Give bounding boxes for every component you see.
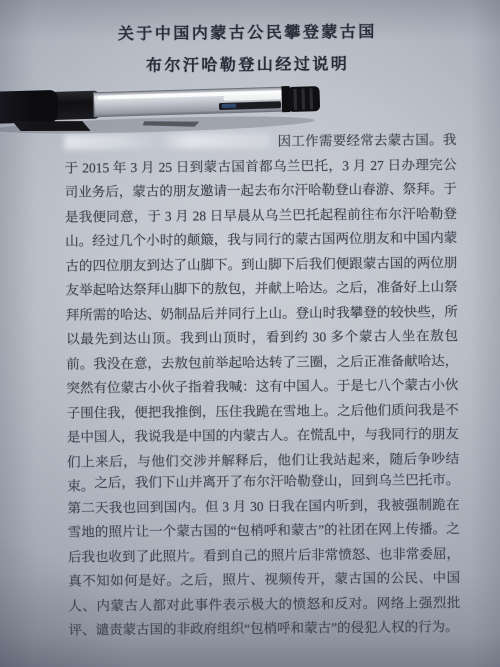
document-title-line2: 布尔汗哈勒登山经过说明 [0,50,498,77]
document-photo: 关于中国内蒙古公民攀登蒙古国 布尔汗哈勒登山经过说明 因工作需要经常去蒙古国。我… [0,0,500,667]
ballpoint-pen [0,74,331,146]
paragraph-3: 之后，我们下山并离开了布尔汗哈勒登山，回到乌兰巴托市。第二天我也回到国内。但 3… [67,468,460,643]
paragraph-2: 经过几个小时的颠簸，我与同行的蒙古国两位朋友和中国内蒙古的四位朋友到达了山脚下。… [65,226,459,499]
document-title-line1: 关于中国内蒙古公民攀登蒙古国 [0,18,497,45]
document-page: 关于中国内蒙古公民攀登蒙古国 布尔汗哈勒登山经过说明 因工作需要经常去蒙古国。我… [0,0,500,667]
